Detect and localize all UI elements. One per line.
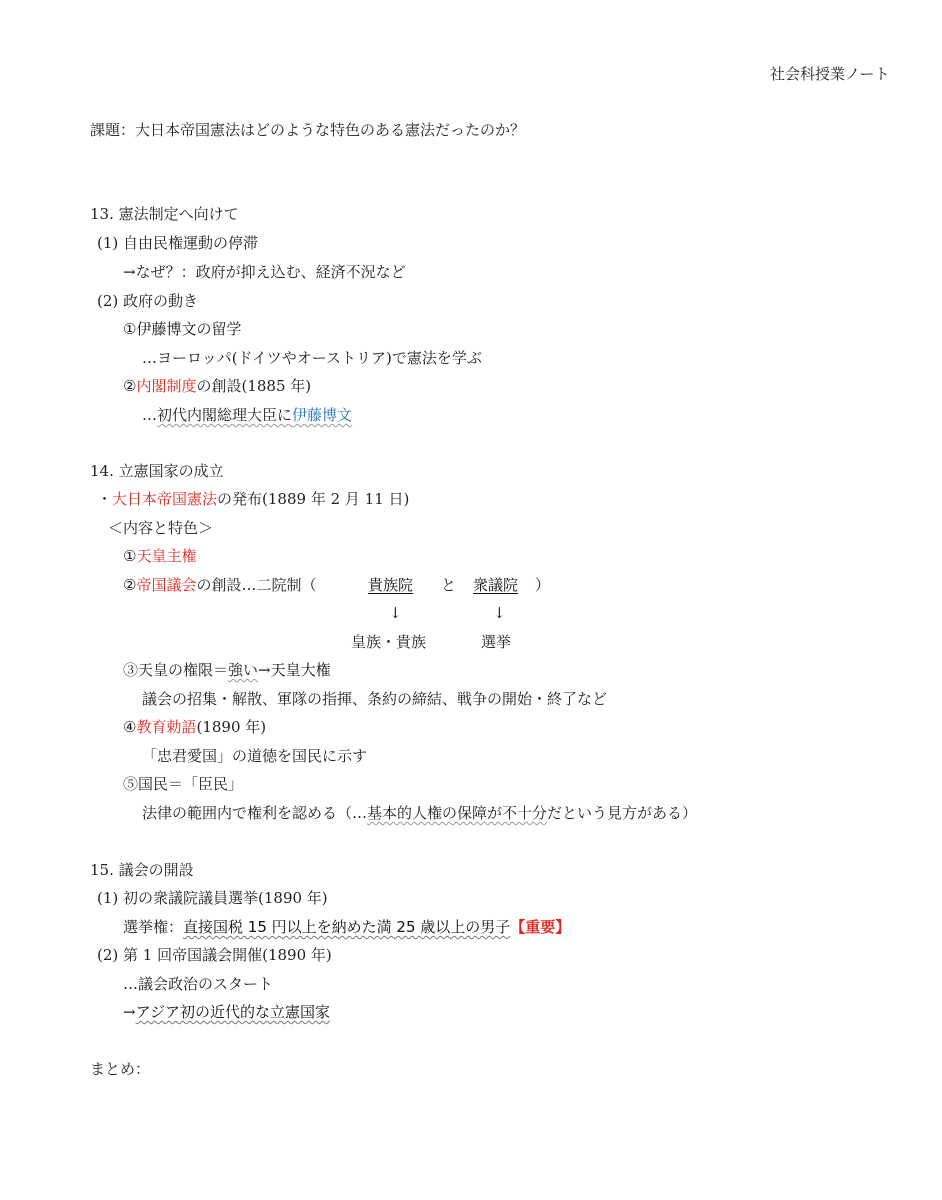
content-label: ＜内容と特色＞ <box>108 518 213 538</box>
arrow-down-icon: ↓ <box>389 603 402 623</box>
point-4-rest: (1890 年) <box>196 718 266 736</box>
point-1: ①天皇主権 <box>123 546 196 566</box>
task-line: 課題：大日本帝国憲法はどのような特色のある憲法だったのか？ <box>90 120 525 140</box>
detail-suffix: だという見方がある） <box>547 804 697 822</box>
summary-label: まとめ： <box>90 1059 150 1079</box>
and-text: と <box>441 575 456 595</box>
section-15-conclusion: →アジア初の近代的な立憲国家 <box>123 1002 330 1022</box>
arrow-right-icon: → <box>258 661 271 679</box>
section-13-item-1-detail: →なぜ？：政府が抑え込む、経済不況など <box>123 262 406 282</box>
suffrage-label: 選挙権： <box>123 918 183 936</box>
section-13-sub-1-detail: …ヨーロッパ(ドイツやオーストリア)で憲法を学ぶ <box>142 348 482 368</box>
house-of-peers-members: 皇族・貴族 <box>351 632 426 652</box>
point-4: ④教育勅語(1890 年) <box>123 717 266 737</box>
section-14-heading: 14. 立憲国家の成立 <box>90 461 224 481</box>
circled-number: ① <box>123 320 136 338</box>
first-prime-minister-text: 初代内閣総理大臣に <box>157 406 292 424</box>
ellipsis: … <box>142 406 157 424</box>
point-5: ⑤国民＝「臣民」 <box>123 774 243 794</box>
detail-prefix: 法律の範囲内で権利を認める（… <box>142 804 367 822</box>
section-13-sub-2: ②内閣制度の創設(1885 年) <box>123 376 311 396</box>
section-13-item-1: (1) 自由民権運動の停滞 <box>97 233 258 253</box>
circled-number: ④ <box>123 718 136 736</box>
keyword-meiji-constitution: 大日本帝国憲法 <box>112 490 217 508</box>
section-15-item-1: (1) 初の衆議院議員選挙(1890 年) <box>97 888 328 908</box>
point-3-detail: 議会の招集・解散、軍隊の指揮、条約の締結、戦争の開始・終了など <box>142 689 607 709</box>
section-13-sub-1: ①伊藤博文の留学 <box>123 319 241 339</box>
house-of-representatives: 衆議院 <box>473 575 518 595</box>
keyword-imperial-prerogative: 天皇大権 <box>271 661 331 679</box>
circled-number: ② <box>123 576 136 594</box>
task-label: 課題： <box>90 121 135 139</box>
point-3: ③天皇の権限＝強い→天皇大権 <box>123 660 331 680</box>
task-question: 大日本帝国憲法はどのような特色のある憲法だったのか？ <box>135 121 525 139</box>
keyword-imperial-diet: 帝国議会 <box>136 576 196 594</box>
sub-2-rest: の創設(1885 年) <box>196 377 311 395</box>
keyword-cabinet-system: 内閣制度 <box>136 377 196 395</box>
circled-number: ① <box>123 547 136 565</box>
bullet-rest: の発布(1889 年 2 月 11 日) <box>217 490 409 508</box>
close-paren: ） <box>535 575 550 595</box>
suffrage-line: 選挙権：直接国税 15 円以上を納めた満 25 歳以上の男子【重要】 <box>123 917 570 937</box>
section-15-item-2: (2) 第 1 回帝国議会開催(1890 年) <box>97 945 332 965</box>
keyword-ito-hirobumi-link: 伊藤博文 <box>292 406 352 424</box>
strong-text: 強い <box>228 661 258 679</box>
section-13-item-2: (2) 政府の動き <box>97 291 198 311</box>
section-15-heading: 15. 議会の開設 <box>90 860 194 880</box>
point-2: ②帝国議会の創設…二院制（ <box>123 575 316 595</box>
note-title: 社会科授業ノート <box>770 64 890 84</box>
keyword-imperial-rescript-on-education: 教育勅語 <box>136 718 196 736</box>
sub-1-rest: の留学 <box>196 320 241 338</box>
keyword-ito-hirobumi: 伊藤博文 <box>136 320 196 338</box>
arrow-right-icon: → <box>123 1003 136 1021</box>
bullet-dot: ・ <box>97 490 112 508</box>
section-15-item-2-detail: …議会政治のスタート <box>123 974 273 994</box>
house-of-peers: 貴族院 <box>368 575 413 595</box>
house-of-representatives-members: 選挙 <box>481 632 511 652</box>
important-badge: 【重要】 <box>510 918 570 936</box>
suffrage-text: 直接国税 15 円以上を納めた満 25 歳以上の男子 <box>183 918 510 936</box>
section-13-heading: 13. 憲法制定へ向けて <box>90 204 239 224</box>
point-3-text: ③天皇の権限＝ <box>123 661 228 679</box>
conclusion-text: アジア初の近代的な立憲国家 <box>136 1003 330 1021</box>
section-14-bullet: ・大日本帝国憲法の発布(1889 年 2 月 11 日) <box>97 489 409 509</box>
point-5-detail: 法律の範囲内で権利を認める（…基本的人権の保障が不十分だという見方がある） <box>142 803 697 823</box>
circled-number: ② <box>123 377 136 395</box>
detail-underlined: 基本的人権の保障が不十分 <box>367 804 547 822</box>
point-4-detail: 「忠君愛国」の道徳を国民に示す <box>142 746 367 766</box>
point-2-rest: の創設…二院制（ <box>196 576 316 594</box>
arrow-down-icon: ↓ <box>493 603 506 623</box>
keyword-emperor-sovereignty: 天皇主権 <box>136 547 196 565</box>
section-13-sub-2-detail: …初代内閣総理大臣に伊藤博文 <box>142 405 352 425</box>
